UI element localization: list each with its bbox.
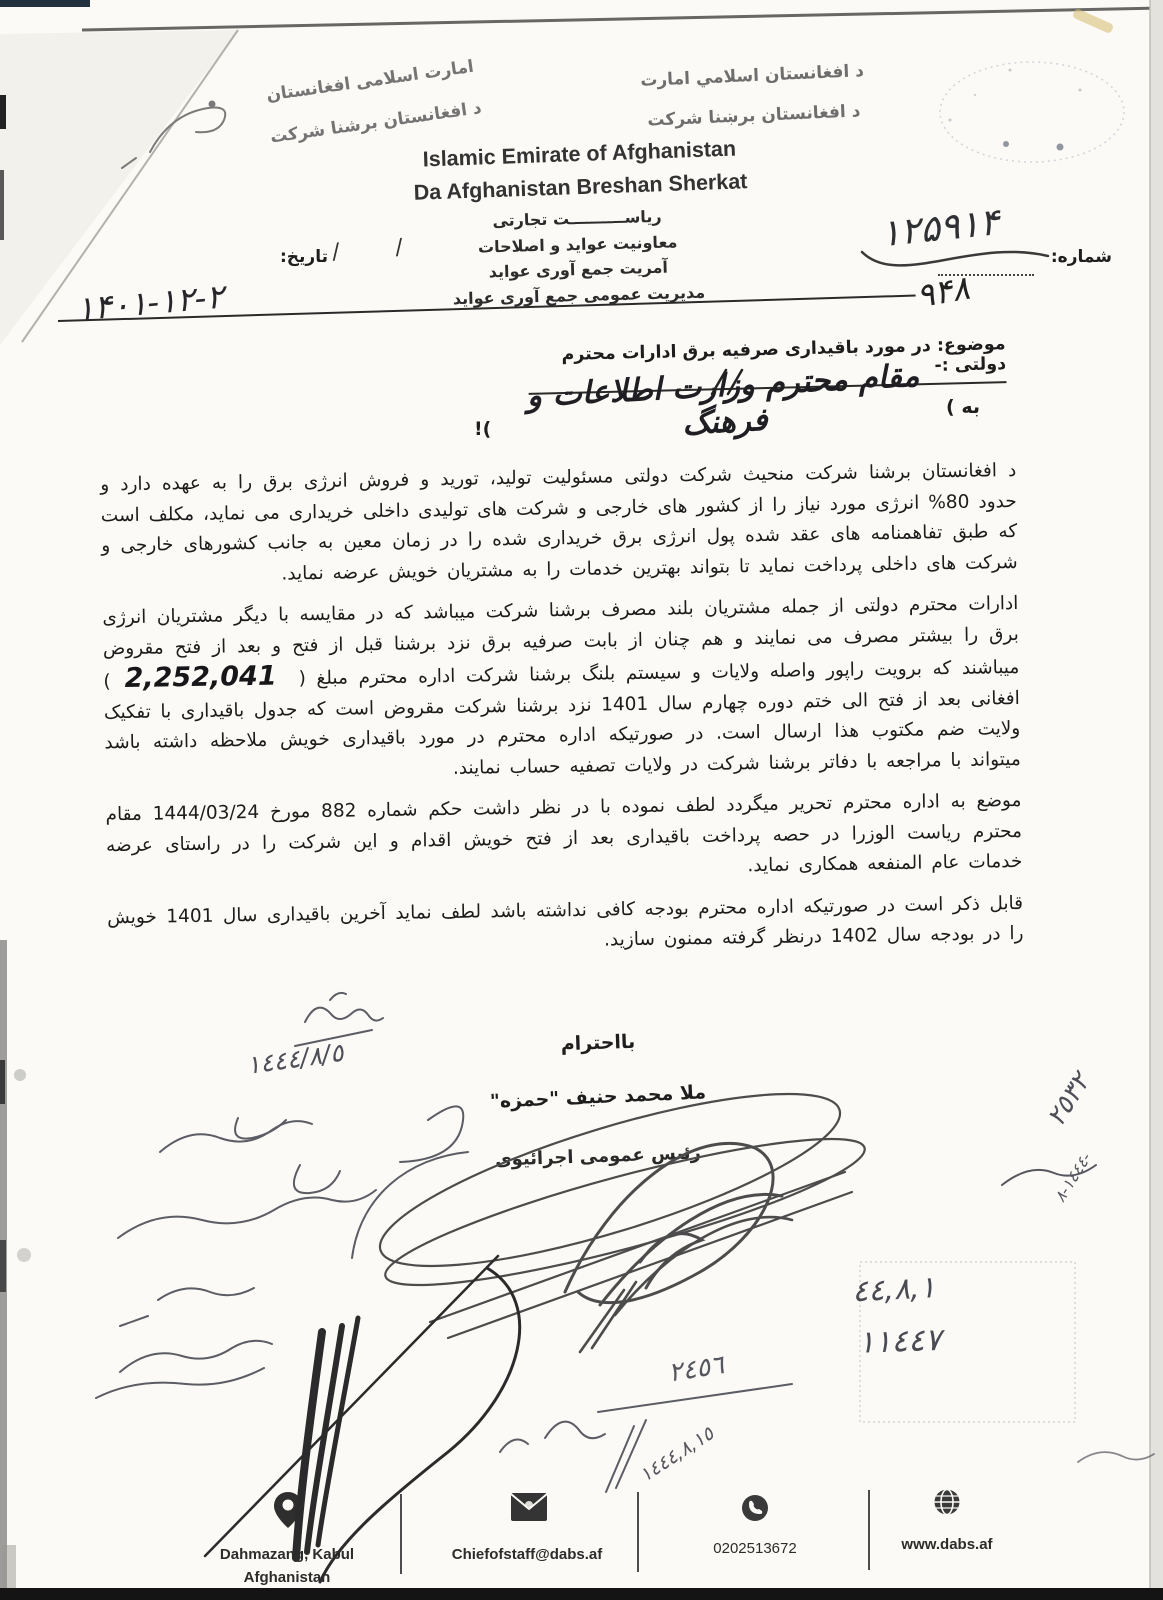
body-paragraph-2: ادارات محترم دولتی از جمله مشتریان بلند …	[102, 589, 1021, 789]
globe-icon	[933, 1488, 961, 1516]
envelope-icon	[510, 1492, 548, 1522]
footer-phone: 0202513672	[670, 1540, 840, 1557]
amount-handwritten: 2,252,041	[110, 660, 298, 694]
location-pin-icon	[271, 1490, 305, 1530]
footer-divider	[868, 1490, 870, 1570]
scanned-letter-page: { "header": { "org_fa_right": ["د افغانس…	[0, 0, 1163, 1600]
footer-website: www.dabs.af	[862, 1536, 1032, 1553]
body-paragraph-3: موضع به اداره محترم تحریر میگردد لطف نمو…	[105, 786, 1022, 892]
dispatch-number-handwritten: ۹۴۸	[913, 260, 1018, 316]
footer-address-line2: Afghanistan	[187, 1569, 387, 1586]
margin-date-left: ١٤٤٤/٨/٥	[245, 1029, 407, 1080]
phone-icon	[741, 1494, 769, 1522]
margin-center-number: ٢٤٥٦	[666, 1342, 779, 1389]
org-name-english: Islamic Emirate of Afghanistan Da Afghan…	[329, 129, 831, 212]
margin-ref-number-2: ١١٤٤٧	[857, 1319, 1018, 1361]
signature-closing: بااحترام	[468, 1027, 729, 1058]
footer-contact-bar: Dahmazang, Kabul Afghanistan Chiefofstaf…	[0, 1480, 1163, 1590]
recipient-prefix: ( به	[946, 396, 1018, 418]
number-handwritten: ۱۲۵۹۱۴	[878, 192, 1081, 256]
footer-email: Chiefofstaff@dabs.af	[412, 1546, 642, 1563]
recipient-closing-mark: !(	[474, 418, 514, 440]
date-handwritten: ۱۴۰۱-۱۲-۲	[75, 271, 293, 329]
org-name-pashto-right: د افغانستان اسلامي امارت د افغانستان برښ…	[596, 49, 909, 142]
number-label: شماره:	[1032, 247, 1112, 267]
body-paragraph-1: د افغانستان برشنا شرکت منحیث شرکت دولتی …	[100, 456, 1018, 592]
signature-title: رئیس عمومی اجرائیوی	[428, 1140, 769, 1173]
date-label: تاریخ:	[258, 247, 328, 267]
body-paragraph-4: قابل ذکر است در صورتیکه اداره محترم بودج…	[107, 888, 1024, 963]
letter-body: د افغانستان برشنا شرکت منحیث شرکت دولتی …	[100, 456, 1024, 975]
margin-center-date: ١٤٤٤,٨,١٥	[636, 1375, 791, 1486]
footer-divider	[400, 1494, 402, 1574]
letterhead: د افغانستان اسلامي امارت د افغانستان برښ…	[0, 0, 1163, 1600]
margin-ref-number-1: ٤٤,٨,١	[851, 1266, 1023, 1310]
footer-address-line1: Dahmazang, Kabul	[187, 1546, 387, 1563]
signature-name: ملا محمد حنیف "حمزه"	[408, 1078, 789, 1117]
